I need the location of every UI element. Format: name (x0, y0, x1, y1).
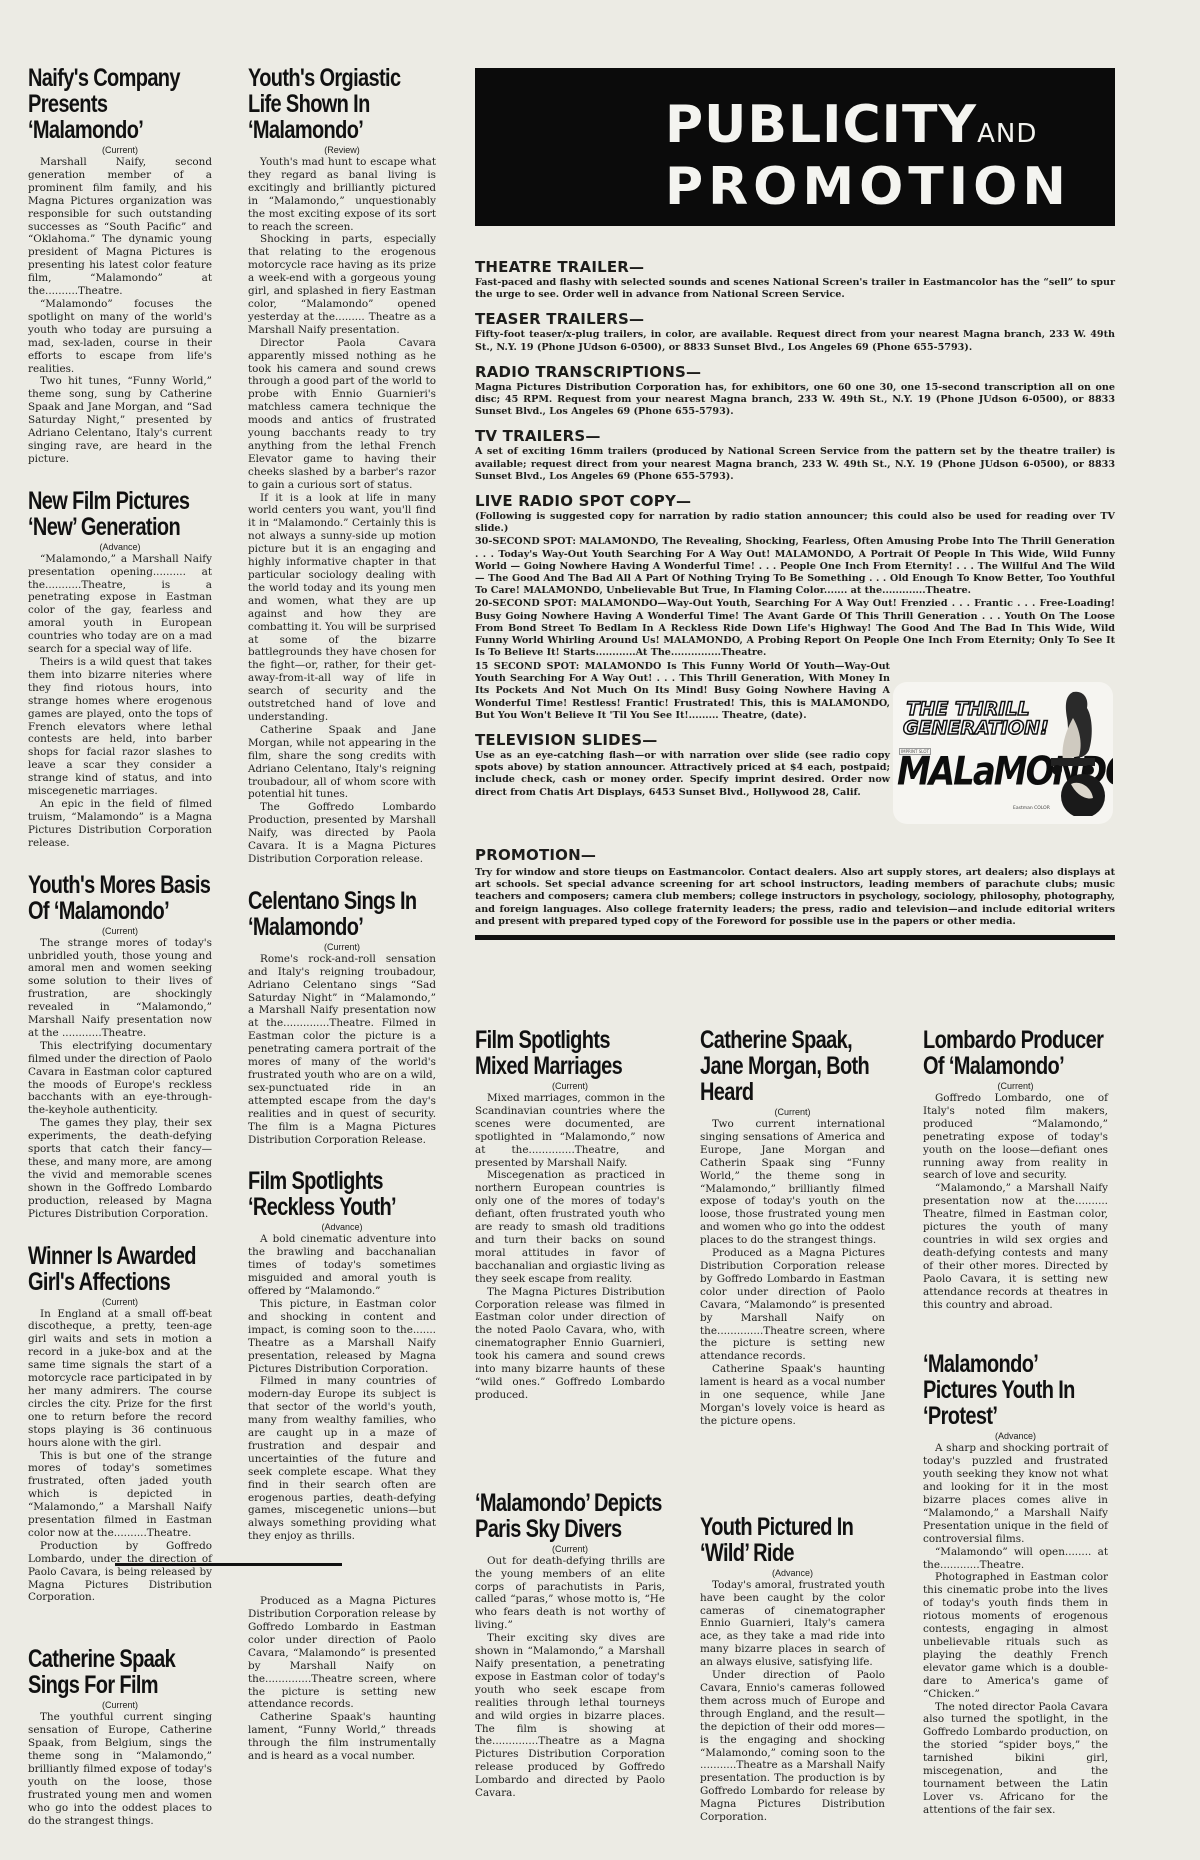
article-paragraph: A bold cinematic adventure into the braw… (248, 1233, 436, 1298)
article-paragraph: Out for death-defying thrills are the yo… (475, 1555, 665, 1632)
news-article: Catherine Spaak, Jane Morgan, Both Heard… (700, 1027, 885, 1428)
article-body: Rome's rock-and-roll sensation and Italy… (248, 953, 436, 1147)
article-paragraph: Two hit tunes, “Funny World,” theme song… (28, 375, 212, 465)
release-type-tag: (Current) (28, 1700, 212, 1710)
news-article: Produced as a Magna Pictures Distributio… (248, 1595, 436, 1763)
article-paragraph: Catherine Spaak and Jane Morgan, while n… (248, 724, 436, 801)
section-heading: THEATRE TRAILER— (475, 258, 1115, 276)
section-text: Use as an eye-catching flash—or with nar… (475, 750, 890, 799)
article-paragraph: Production by Goffredo Lombardo, under t… (28, 1540, 212, 1605)
article-paragraph: “Malamondo,” a Marshall Naify presentati… (923, 1182, 1108, 1311)
news-article: ‘Malamondo’ Pictures Youth In ‘Protest’(… (923, 1351, 1108, 1816)
article-paragraph: This electrifying documentary filmed und… (28, 1040, 212, 1117)
spot-and-slides: 15 SECOND SPOT: MALAMONDO Is This Funny … (475, 660, 890, 808)
article-column-4: Catherine Spaak, Jane Morgan, Both Heard… (700, 1027, 885, 1846)
section-heading: LIVE RADIO SPOT COPY— (475, 492, 1115, 510)
article-paragraph: Director Paola Cavara apparently missed … (248, 337, 436, 492)
article-paragraph: Produced as a Magna Pictures Distributio… (248, 1595, 436, 1711)
news-article: Film Spotlights ‘Reckless Youth’(Advance… (248, 1168, 436, 1543)
article-headline: ‘Malamondo’ Pictures Youth In ‘Protest’ (923, 1351, 1108, 1429)
release-type-tag: (Advance) (28, 542, 212, 552)
article-paragraph: “Malamondo” will open........ at the....… (923, 1546, 1108, 1572)
news-article: Film Spotlights Mixed Marriages(Current)… (475, 1027, 665, 1402)
article-paragraph: The strange mores of today's unbridled y… (28, 937, 212, 1040)
article-paragraph: This picture, in Eastman color and shock… (248, 1298, 436, 1375)
article-headline: Lombardo Producer Of ‘Malamondo’ (923, 1027, 1108, 1079)
article-paragraph: Produced as a Magna Pictures Distributio… (700, 1247, 885, 1363)
article-body: Mixed marriages, common in the Scandinav… (475, 1092, 665, 1402)
promotion-section: PROMOTION— Try for window and store tieu… (475, 846, 1115, 928)
article-paragraph: Goffredo Lombardo, one of Italy's noted … (923, 1092, 1108, 1182)
article-body: In England at a small off-beat discotheq… (28, 1308, 212, 1605)
article-column-5: Lombardo Producer Of ‘Malamondo’(Current… (923, 1027, 1108, 1839)
article-body: Today's amoral, frustrated youth have be… (700, 1579, 885, 1824)
release-type-tag: (Current) (28, 145, 212, 155)
article-paragraph: Miscegenation as practiced in northern E… (475, 1169, 665, 1285)
article-headline: Catherine Spaak Sings For Film (28, 1646, 212, 1698)
article-paragraph: Rome's rock-and-roll sensation and Italy… (248, 953, 436, 1147)
release-type-tag: (Current) (475, 1544, 665, 1554)
promo-section: RADIO TRANSCRIPTIONS—Magna Pictures Dist… (475, 363, 1115, 419)
section-heading: TV TRAILERS— (475, 427, 1115, 445)
news-article: ‘Malamondo’ Depicts Paris Sky Divers(Cur… (475, 1490, 665, 1800)
section-heading: RADIO TRANSCRIPTIONS— (475, 363, 1115, 381)
article-paragraph: “Malamondo” focuses the spotlight on man… (28, 298, 212, 375)
news-article: Lombardo Producer Of ‘Malamondo’(Current… (923, 1027, 1108, 1311)
section-text: 20-SECOND SPOT: MALAMONDO—Way-Out Youth,… (475, 598, 1115, 659)
section-text: 30-SECOND SPOT: MALAMONDO, The Revealing… (475, 536, 1115, 597)
news-article: Naify's Company Presents ‘Malamondo’(Cur… (28, 65, 212, 466)
article-body: The youthful current singing sensation o… (28, 1711, 212, 1827)
release-type-tag: (Advance) (923, 1431, 1108, 1441)
banner-title-line2: PROMOTION (665, 160, 1071, 214)
article-column-3: Film Spotlights Mixed Marriages(Current)… (475, 1027, 665, 1822)
article-headline: Celentano Sings In ‘Malamondo’ (248, 888, 436, 940)
section-heading: PROMOTION— (475, 846, 1115, 864)
news-article: Youth's Orgiastic Life Shown In ‘Malamon… (248, 65, 436, 866)
article-paragraph: Their exciting sky dives are shown in “M… (475, 1632, 665, 1800)
article-body: Two current international singing sensat… (700, 1118, 885, 1428)
section-text: Fifty-foot teaser/x-plug trailers, in co… (475, 329, 1115, 353)
promotion-instructions: THEATRE TRAILER—Fast-paced and flashy wi… (475, 258, 1115, 668)
article-body: The strange mores of today's unbridled y… (28, 937, 212, 1221)
article-paragraph: Filmed in many countries of modern-day E… (248, 1375, 436, 1543)
article-paragraph: This is but one of the strange mores of … (28, 1450, 212, 1540)
release-type-tag: (Current) (28, 1297, 212, 1307)
article-paragraph: An epic in the field of filmed truism, “… (28, 798, 212, 850)
article-paragraph: The youthful current singing sensation o… (28, 1711, 212, 1827)
release-type-tag: (Current) (475, 1081, 665, 1091)
article-body: A bold cinematic adventure into the braw… (248, 1233, 436, 1543)
article-column-2: Youth's Orgiastic Life Shown In ‘Malamon… (248, 65, 436, 1785)
article-headline: Youth's Mores Basis Of ‘Malamondo’ (28, 872, 212, 924)
news-article: Celentano Sings In ‘Malamondo’(Current)R… (248, 888, 436, 1147)
release-type-tag: (Current) (248, 942, 436, 952)
section-heading: TEASER TRAILERS— (475, 310, 1115, 328)
banner-title-line1: PUBLICITYAND (665, 98, 1037, 161)
article-paragraph: The Goffredo Lombardo Production, presen… (248, 801, 436, 866)
article-headline: ‘Malamondo’ Depicts Paris Sky Divers (475, 1490, 665, 1542)
release-type-tag: (Advance) (700, 1568, 885, 1578)
article-paragraph: The Magna Pictures Distribution Corporat… (475, 1286, 665, 1402)
article-paragraph: Mixed marriages, common in the Scandinav… (475, 1092, 665, 1169)
article-paragraph: Under direction of Paolo Cavara, Ennio's… (700, 1669, 885, 1824)
tv-slide-image: THE THRILLGENERATION! IMPRINT SLOT MALaM… (893, 682, 1113, 824)
article-paragraph: “Malamondo,” a Marshall Naify presentati… (28, 553, 212, 656)
article-paragraph: The noted director Paola Cavara also tur… (923, 1701, 1108, 1817)
article-body: Youth's mad hunt to escape what they reg… (248, 156, 436, 866)
section-text: Try for window and store tieups on Eastm… (475, 867, 1115, 928)
article-headline: Naify's Company Presents ‘Malamondo’ (28, 65, 212, 143)
promo-section: TEASER TRAILERS—Fifty-foot teaser/x-plug… (475, 310, 1115, 353)
release-type-tag: (Current) (28, 926, 212, 936)
news-article: Winner Is Awarded Girl's Affections(Curr… (28, 1243, 212, 1605)
section-text: (Following is suggested copy for narrati… (475, 511, 1115, 535)
article-body: A sharp and shocking portrait of today's… (923, 1442, 1108, 1816)
article-paragraph: Photographed in Eastman color this cinem… (923, 1571, 1108, 1700)
article-paragraph: If it is a look at life in many world ce… (248, 492, 436, 724)
section-heading: TELEVISION SLIDES— (475, 731, 890, 749)
section-text: Magna Pictures Distribution Corporation … (475, 382, 1115, 419)
article-paragraph: Catherine Spaak's haunting lament is hea… (700, 1363, 885, 1428)
news-article: Catherine Spaak Sings For Film(Current)T… (28, 1646, 212, 1827)
promo-section: LIVE RADIO SPOT COPY—(Following is sugge… (475, 492, 1115, 659)
release-type-tag: (Current) (700, 1107, 885, 1117)
article-headline: Film Spotlights ‘Reckless Youth’ (248, 1168, 436, 1220)
news-article: Youth's Mores Basis Of ‘Malamondo’(Curre… (28, 872, 212, 1221)
release-type-tag: (Advance) (248, 1222, 436, 1232)
article-headline: Catherine Spaak, Jane Morgan, Both Heard (700, 1027, 885, 1105)
article-headline: Film Spotlights Mixed Marriages (475, 1027, 665, 1079)
article-paragraph: The games they play, their sex experimen… (28, 1117, 212, 1220)
girl-on-globe-illustration (1043, 688, 1105, 816)
publicity-banner: PUBLICITYAND PROMOTION (475, 68, 1115, 226)
release-type-tag: (Current) (923, 1081, 1108, 1091)
news-article: Youth Pictured In ‘Wild’ Ride(Advance)To… (700, 1514, 885, 1824)
article-body: Goffredo Lombardo, one of Italy's noted … (923, 1092, 1108, 1311)
spot-15-copy: 15 SECOND SPOT: MALAMONDO Is This Funny … (475, 661, 890, 722)
article-column-1: Naify's Company Presents ‘Malamondo’(Cur… (28, 65, 212, 1850)
article-paragraph: Youth's mad hunt to escape what they reg… (248, 156, 436, 233)
article-paragraph: Theirs is a wild quest that takes them i… (28, 656, 212, 798)
slide-headline: THE THRILLGENERATION! (903, 700, 1033, 738)
article-paragraph: A sharp and shocking portrait of today's… (923, 1442, 1108, 1545)
article-paragraph: Shocking in parts, especially that relat… (248, 233, 436, 336)
article-body: “Malamondo,” a Marshall Naify presentati… (28, 553, 212, 850)
promo-section: TV TRAILERS—A set of exciting 16mm trail… (475, 427, 1115, 483)
article-body: Marshall Naify, second generation member… (28, 156, 212, 466)
article-headline: Winner Is Awarded Girl's Affections (28, 1243, 212, 1295)
news-article: New Film Pictures ‘New’ Generation(Advan… (28, 488, 212, 850)
article-headline: Youth's Orgiastic Life Shown In ‘Malamon… (248, 65, 436, 143)
article-paragraph: Catherine Spaak's haunting lament, “Funn… (248, 1711, 436, 1763)
article-headline: New Film Pictures ‘New’ Generation (28, 488, 212, 540)
section-divider (475, 935, 1115, 940)
section-text: Fast-paced and flashy with selected soun… (475, 277, 1115, 301)
article-paragraph: Two current international singing sensat… (700, 1118, 885, 1247)
article-headline: Youth Pictured In ‘Wild’ Ride (700, 1514, 885, 1566)
article-body: Produced as a Magna Pictures Distributio… (248, 1595, 436, 1763)
article-paragraph: Today's amoral, frustrated youth have be… (700, 1579, 885, 1669)
article-paragraph: Marshall Naify, second generation member… (28, 156, 212, 298)
article-paragraph: In England at a small off-beat discotheq… (28, 1308, 212, 1450)
release-type-tag: (Review) (248, 145, 436, 155)
article-body: Out for death-defying thrills are the yo… (475, 1555, 665, 1800)
section-text: A set of exciting 16mm trailers (produce… (475, 446, 1115, 483)
promo-section: THEATRE TRAILER—Fast-paced and flashy wi… (475, 258, 1115, 301)
